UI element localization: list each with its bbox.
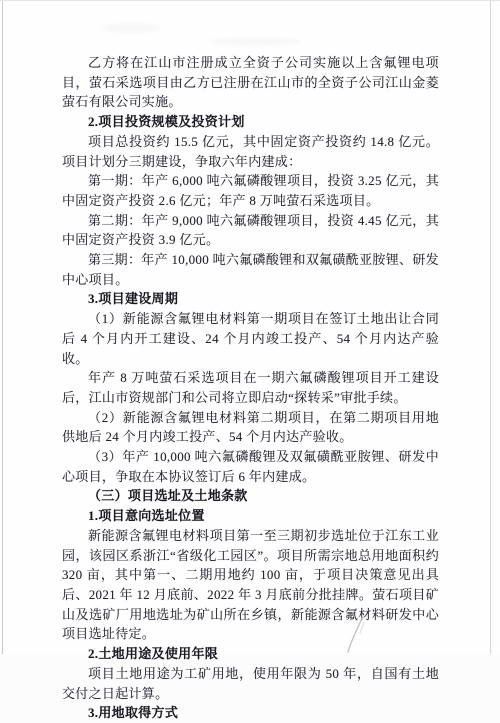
paragraph: 第三期：年产 10,000 吨六氟磷酸锂和双氟磺酰亚胺锂、研发中心项目。 <box>62 250 439 289</box>
pen-mark <box>336 616 380 654</box>
scan-artifact <box>100 24 160 32</box>
section-heading: 2.项目投资规模及投资计划 <box>62 112 439 132</box>
paragraph: （3）年产 10,000 吨六氟磷酸锂及双氟磺酰亚胺锂、研发中心项目，争取在本协… <box>62 447 439 486</box>
page-edge-top <box>0 0 500 1</box>
page-edge-left <box>2 0 3 654</box>
paragraph: 项目总投资约 15.5 亿元，其中固定资产投资约 14.8 亿元。项目计划分三期… <box>62 132 439 171</box>
paragraph: （1）新能源含氟锂电材料第一期项目在签订土地出让合同后 4 个月内开工建设、24… <box>62 309 439 368</box>
paragraph: 新能源含氟锂电材料项目第一至三期初步选址位于江东工业园，该园区系浙江“省级化工园… <box>62 526 439 644</box>
paragraph: 乙方将在江山市注册成立全资子公司实施以上含氟锂电项目，萤石采选项目由乙方已注册在… <box>62 53 439 112</box>
paragraph: （2）新能源含氟锂电材料第二期项目，在第二期项目用地供地后 24 个月内竣工投产… <box>62 408 439 447</box>
document-body: 乙方将在江山市注册成立全资子公司实施以上含氟锂电项目，萤石采选项目由乙方已注册在… <box>62 53 439 654</box>
section-heading: 2.土地用途及使用年限 <box>62 644 439 654</box>
paragraph: 第二期：年产 9,000 吨六氟磷酸锂项目，投资 4.45 亿元，其中固定资产投… <box>62 211 439 250</box>
document-page: 乙方将在江山市注册成立全资子公司实施以上含氟锂电项目，萤石采选项目由乙方已注册在… <box>0 0 500 654</box>
page-edge-right <box>490 0 491 654</box>
scan-artifact <box>210 38 300 45</box>
paragraph: 年产 8 万吨萤石采选项目在一期六氟磷酸锂项目开工建设后，江山市资规部门和公司将… <box>62 368 439 407</box>
section-heading: （三）项目选址及土地条款 <box>62 486 439 506</box>
section-heading: 3.项目建设周期 <box>62 289 439 309</box>
paragraph: 第一期：年产 6,000 吨六氟磷酸锂项目，投资 3.25 亿元，其中固定资产投… <box>62 171 439 210</box>
section-heading: 1.项目意向选址位置 <box>62 506 439 526</box>
